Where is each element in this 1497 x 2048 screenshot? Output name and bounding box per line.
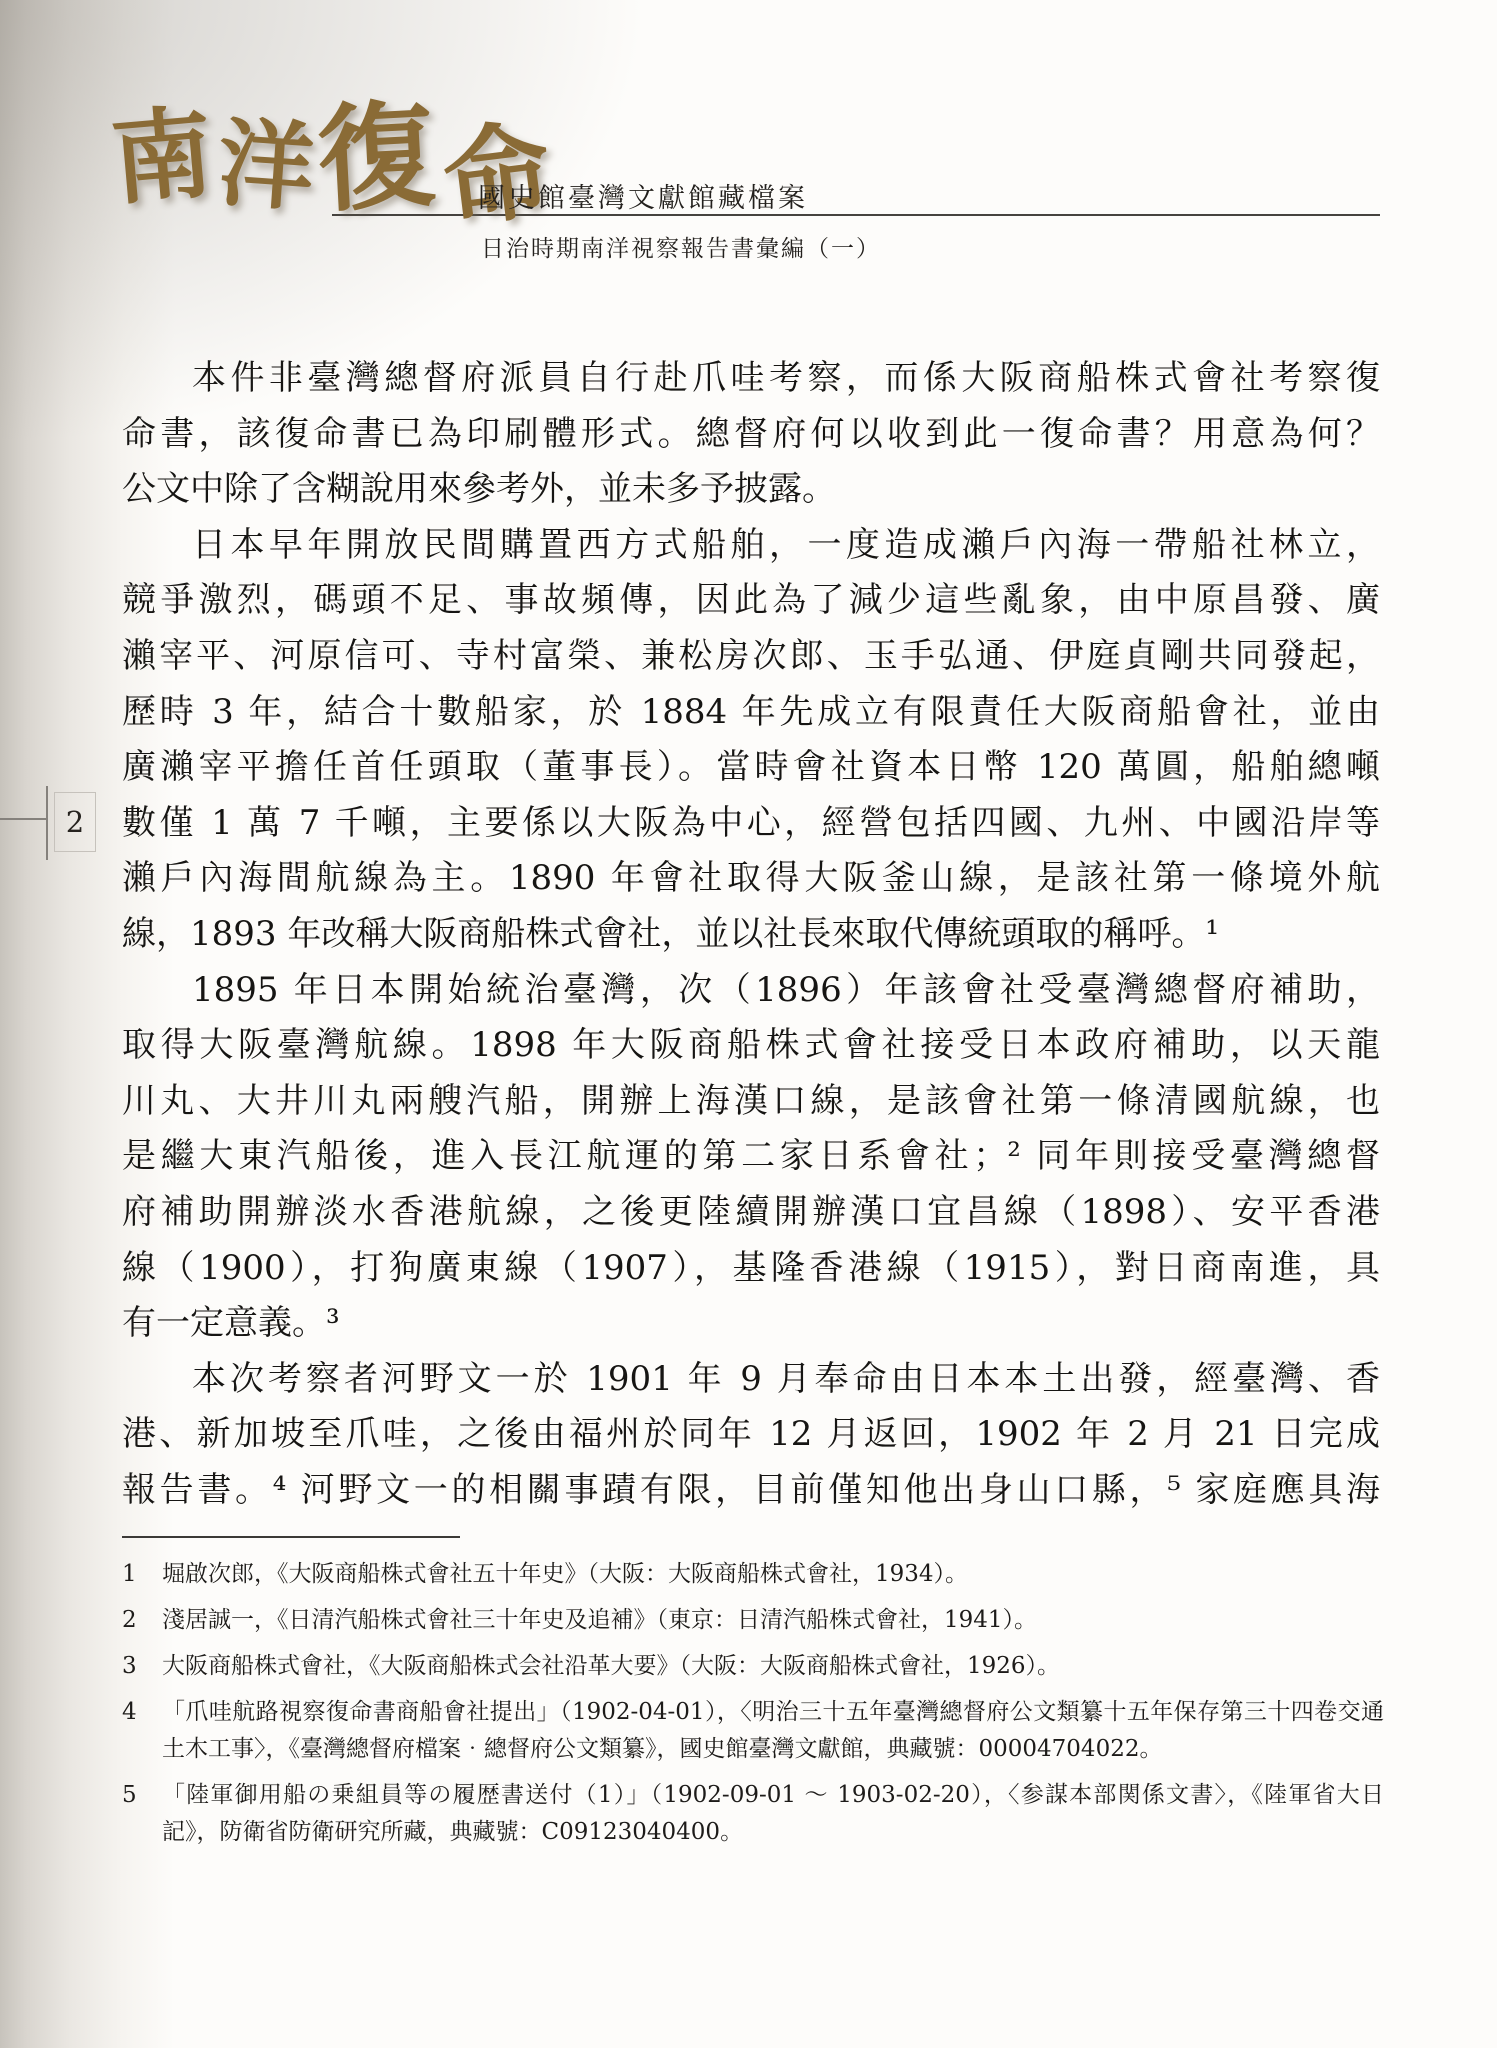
calligraphy-char: 洋 <box>215 115 317 217</box>
body-text: 本件非臺灣總督府派員自行赴爪哇考察，而係大阪商船株式會社考察復命書，該復命書已為… <box>122 351 1380 1518</box>
footnote-text: 大阪商船株式會社，《大阪商船株式会社沿革大要》（大阪：大阪商船株式會社，1926… <box>162 1648 1384 1685</box>
body-line: 命書，該復命書已為印刷體形式。總督府何以收到此一復命書？用意為何？ <box>122 407 1380 463</box>
body-line: 本次考察者河野文一於 1901 年 9 月奉命由日本本土出發，經臺灣、香 <box>122 1352 1380 1408</box>
archive-label: 國史館臺灣文獻館藏檔案 <box>478 176 808 215</box>
footnotes: 1堀啟次郎，《大阪商船株式會社五十年史》（大阪：大阪商船株式會社，1934）。2… <box>122 1556 1384 1860</box>
body-line: 有一定意義。³ <box>122 1296 1380 1352</box>
body-line: 府補助開辦淡水香港航線，之後更陸續開辦漢口宜昌線（1898）、安平香港 <box>122 1185 1380 1241</box>
footnote-text: 淺居誠一，《日清汽船株式會社三十年史及追補》（東京：日清汽船株式會社，1941）… <box>162 1602 1384 1639</box>
footnote-item: 5「陸軍御用船の乗組員等の履歴書送付（1）」（1902-09-01 ～ 1903… <box>122 1777 1384 1851</box>
footnote-number: 3 <box>122 1648 162 1685</box>
body-line: 港、新加坡至爪哇，之後由福州於同年 12 月返回，1902 年 2 月 21 日… <box>122 1407 1380 1463</box>
footnote-text: 堀啟次郎，《大阪商船株式會社五十年史》（大阪：大阪商船株式會社，1934）。 <box>162 1556 1384 1593</box>
page-number-box: 2 <box>54 792 96 852</box>
body-line: 是繼大東汽船後，進入長江航運的第二家日系會社；² 同年則接受臺灣總督 <box>122 1129 1380 1185</box>
calligraphy-title: 南 洋 復 命 <box>112 88 550 238</box>
calligraphy-char: 南 <box>108 102 216 210</box>
body-line: 本件非臺灣總督府派員自行赴爪哇考察，而係大阪商船株式會社考察復 <box>122 351 1380 407</box>
body-line: 瀨宰平、河原信可、寺村富榮、兼松房次郎、玉手弘通、伊庭貞剛共同發起， <box>122 629 1380 685</box>
calligraphy-char: 復 <box>315 97 437 219</box>
body-line: 數僅 1 萬 7 千噸，主要係以大阪為中心，經營包括四國、九州、中國沿岸等 <box>122 796 1380 852</box>
footnote-separator <box>122 1536 460 1538</box>
scanned-book-page: 南 洋 復 命 國史館臺灣文獻館藏檔案 日治時期南洋視察報告書彙編（一） 2 本… <box>0 0 1497 2048</box>
body-line: 線，1893 年改稱大阪商船株式會社，並以社長來取代傳統頭取的稱呼。¹ <box>122 907 1380 963</box>
footnote-text: 「陸軍御用船の乗組員等の履歴書送付（1）」（1902-09-01 ～ 1903-… <box>162 1777 1384 1851</box>
body-line: 川丸、大井川丸兩艘汽船，開辦上海漢口線，是該會社第一條清國航線，也 <box>122 1074 1380 1130</box>
footnote-item: 2淺居誠一，《日清汽船株式會社三十年史及追補》（東京：日清汽船株式會社，1941… <box>122 1602 1384 1639</box>
footnote-number: 5 <box>122 1777 162 1851</box>
page-number: 2 <box>66 805 84 839</box>
body-line: 廣瀨宰平擔任首任頭取（董事長）。當時會社資本日幣 120 萬圓，船舶總噸 <box>122 740 1380 796</box>
body-line: 取得大阪臺灣航線。1898 年大阪商船株式會社接受日本政府補助，以天龍 <box>122 1018 1380 1074</box>
footnote-number: 4 <box>122 1694 162 1768</box>
footnote-item: 3大阪商船株式會社，《大阪商船株式会社沿革大要》（大阪：大阪商船株式會社，192… <box>122 1648 1384 1685</box>
body-line: 歷時 3 年，結合十數船家，於 1884 年先成立有限責任大阪商船會社，並由 <box>122 685 1380 741</box>
margin-rule <box>0 818 47 820</box>
footnote-item: 4「爪哇航路視察復命書商船會社提出」（1902-04-01），〈明治三十五年臺灣… <box>122 1694 1384 1768</box>
body-line: 線（1900），打狗廣東線（1907），基隆香港線（1915），對日商南進，具 <box>122 1241 1380 1297</box>
body-line: 公文中除了含糊說用來參考外，並未多予披露。 <box>122 462 1380 518</box>
body-line: 日本早年開放民間購置西方式船舶，一度造成瀨戶內海一帶船社林立， <box>122 518 1380 574</box>
body-line: 報告書。⁴ 河野文一的相關事蹟有限，目前僅知他出身山口縣，⁵ 家庭應具海 <box>122 1463 1380 1519</box>
footnote-number: 1 <box>122 1556 162 1593</box>
body-line: 1895 年日本開始統治臺灣，次（1896）年該會社受臺灣總督府補助， <box>122 963 1380 1019</box>
footnote-number: 2 <box>122 1602 162 1639</box>
body-line: 瀨戶內海間航線為主。1890 年會社取得大阪釜山線，是該社第一條境外航 <box>122 851 1380 907</box>
footnote-item: 1堀啟次郎，《大阪商船株式會社五十年史》（大阪：大阪商船株式會社，1934）。 <box>122 1556 1384 1593</box>
footnote-text: 「爪哇航路視察復命書商船會社提出」（1902-04-01），〈明治三十五年臺灣總… <box>162 1694 1384 1768</box>
margin-vertical-line <box>46 786 48 860</box>
body-line: 競爭激烈，碼頭不足、事故頻傳，因此為了減少這些亂象，由中原昌發、廣 <box>122 573 1380 629</box>
calligraphy-char: 命 <box>438 116 556 234</box>
